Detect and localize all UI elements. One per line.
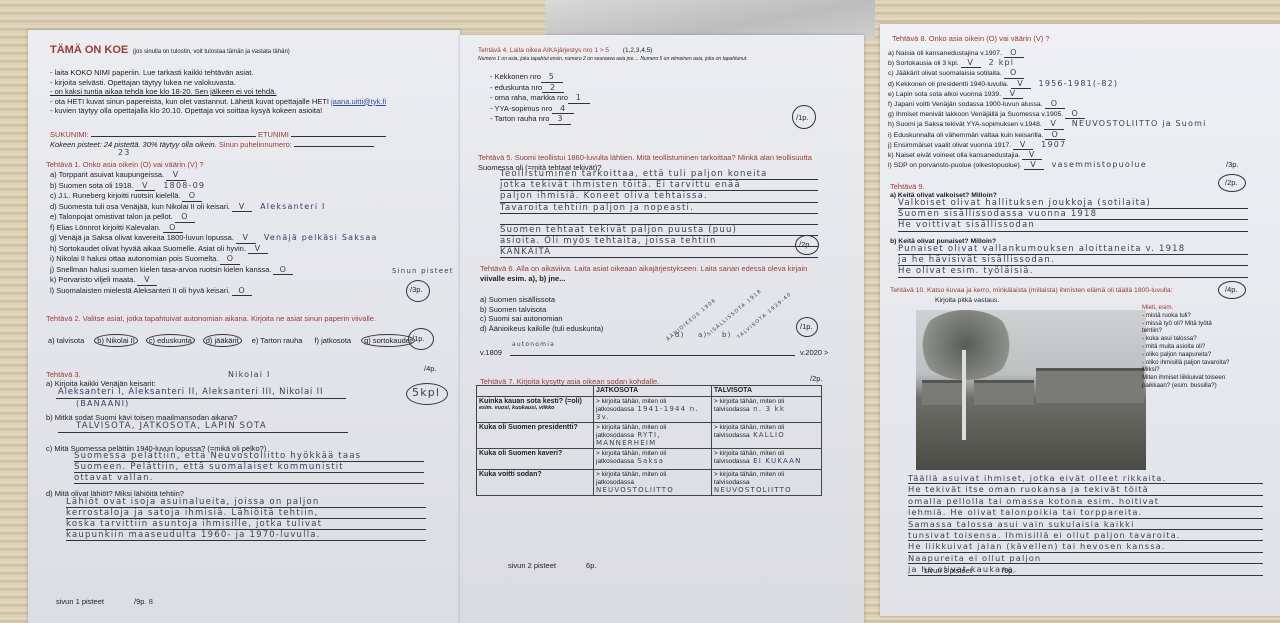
answer-blank[interactable]: O xyxy=(220,254,240,265)
sukunimi-field[interactable] xyxy=(91,136,256,137)
cell-label: talvisodassa EI KUKAAN xyxy=(714,457,819,465)
answer-line: kerrostaloja ja satoja ihmisiä. Lähiöitä… xyxy=(66,508,426,519)
question-text: Kuka oli Suomen presidentti? xyxy=(479,424,591,431)
instructions: - laita KOKO NIMI paperiin. Lue tarkasti… xyxy=(50,68,386,116)
answer-line: ottavat vallan. xyxy=(74,473,424,484)
task1-title: Tehtävä 1. Onko asia oikein (O) vai väär… xyxy=(46,160,204,170)
task9-b-answer: Punaiset olivat vallankumouksen aloittan… xyxy=(898,244,1248,278)
question-text: k) Naiset eivät voineet olla kansanedust… xyxy=(888,152,1020,159)
task8-title: Tehtävä 8. Onko asia oikein (O) vai väär… xyxy=(892,34,1050,44)
hint-line: - missä työ oli? Mitä työtä xyxy=(1142,320,1229,328)
footer-score: /9p. xyxy=(134,597,147,606)
background-rug xyxy=(545,0,875,40)
task4-item: - YYA-sopimus nro4 xyxy=(490,104,590,115)
question-text: d) Suomesta tuli osa Venäjää, kun Nikola… xyxy=(50,202,230,211)
question-text: j) Ensimmäiset vaalit olivat vuonna 1917… xyxy=(888,142,1011,149)
col-talvisota: TALVISOTA xyxy=(711,386,821,397)
answer-blank[interactable]: V xyxy=(1044,119,1064,129)
answer-blank[interactable]: V xyxy=(232,202,252,213)
house-icon xyxy=(1036,368,1144,403)
tf-item: g) Venäjä ja Saksa olivat kavereita 1800… xyxy=(50,233,378,244)
talvisota-cell[interactable]: > kirjoita tähän, miten olitalvisodassa … xyxy=(711,423,821,449)
question-text: i) Nikolai II halusi ottaa autonomian po… xyxy=(50,254,218,263)
answer-blank[interactable]: O xyxy=(163,223,183,234)
timeline-mark-c: autonomia xyxy=(512,341,555,348)
answer-blank[interactable]: V xyxy=(135,181,155,192)
footer-label: sivun 2 pisteet xyxy=(508,561,556,570)
cell-label: talvisodassa NEUVOSTOLIITTO xyxy=(714,478,819,494)
tf-item: d) Kekkonen oli presidentti 1940-luvulla… xyxy=(888,79,1207,89)
task2-option[interactable]: g) sortokaudet xyxy=(361,334,415,347)
question-text: a) Naisia oli kansanedustajina v.1907. xyxy=(888,50,1002,57)
answer-line: Suomen tehtaat tekivät paljon puusta (pu… xyxy=(500,225,818,236)
task2-score: /1p. xyxy=(412,334,425,344)
task7-table: JATKOSOTA TALVISOTA Kuinka kauan sota ke… xyxy=(476,385,822,496)
answer-blank[interactable]: V xyxy=(1003,89,1023,99)
hint-line: - oliko ihmisillä paljon tavaroita? xyxy=(1142,359,1229,367)
jatkosota-cell[interactable]: > kirjoita tähän, miten olijatkosodassa … xyxy=(594,423,712,449)
tf-item: h) Sortokaudet olivat hyvää aikaa Suomel… xyxy=(50,244,378,255)
teacher-note: vasemmistopuolue xyxy=(1052,160,1147,169)
question-text: Kuinka kauan sota kesti? (=oli) xyxy=(479,398,591,405)
question-text: d) Kekkonen oli presidentti 1940-luvulla… xyxy=(888,81,1009,88)
answer-blank[interactable]: O xyxy=(1004,68,1024,78)
phone-label: Sinun puhelinnumero: xyxy=(219,140,292,149)
jatkosota-cell-label: jatkosodassa xyxy=(596,458,634,465)
task3-d-answer: Lähiöt ovat isoja asuinalueita, joissa o… xyxy=(66,497,426,541)
answer-line: jotka tekivät ihmisten töitä. Ei tarvitt… xyxy=(500,180,818,191)
answer-blank[interactable]: V xyxy=(166,170,186,181)
cell-label: jatkosodassa RYTI, MANNERHEIM xyxy=(596,431,709,447)
answer-line: Lähiöt ovat isoja asuinalueita, joissa o… xyxy=(66,497,426,508)
etunimi-field[interactable] xyxy=(291,136,386,137)
instruction-line: - on kaksi tuntia aikaa tehdä koe klo 18… xyxy=(50,87,386,97)
birch-trunk xyxy=(962,350,966,440)
talvisota-cell[interactable]: > kirjoita tähän, miten olitalvisodassa … xyxy=(711,397,821,423)
talvisota-cell-label: talvisodassa xyxy=(714,406,750,413)
phone-field[interactable] xyxy=(294,146,374,147)
task8-list: a) Naisia oli kansanedustajina v.1907.Ob… xyxy=(888,48,1207,170)
row-question: Kuka oli Suomen presidentti? xyxy=(477,423,594,449)
cell-answer: EI KUKAAN xyxy=(750,457,802,465)
cell-label: jatkosodassa 1941-1944 n. 3v. xyxy=(596,405,709,421)
task6-score: /1p. xyxy=(800,322,813,332)
question-text: l) SDP on porvaristo-puolue (oikestopuol… xyxy=(888,162,1022,169)
teacher-note: Venäjä pelkäsi Saksaa xyxy=(264,233,378,242)
task6-item: c) Suomi sai autonomian xyxy=(480,314,603,324)
question-text: Kuka oli Suomen kaveri? xyxy=(479,450,591,457)
answer-line: Täällä asuivat ihmiset, jotka eivät olle… xyxy=(908,473,1263,484)
cell-hint: > kirjoita tähän, miten oli xyxy=(714,450,819,457)
answer-line: ja he hävisivät sisällissodan. xyxy=(898,255,1248,266)
task4-answer[interactable]: 4 xyxy=(552,104,574,115)
teacher-note: 1907 xyxy=(1041,140,1066,149)
question-text: c) J.L. Runeberg kirjoitti ruotsin kiele… xyxy=(50,191,180,200)
hint-line: - mitä muita asioita oli? xyxy=(1142,343,1229,351)
task2-option[interactable]: d) jääkärit xyxy=(203,334,242,347)
exam-page-2: Tehtävä 4. Laita oikea AIKAjärjestys nro… xyxy=(460,35,864,623)
footer-label: sivun 1 pisteet xyxy=(56,597,104,606)
question-text: a) Torpparit asuivat kaupungeissa. xyxy=(50,170,164,179)
task4-item: - eduskunta nro2 xyxy=(490,83,590,94)
tf-item: e) Talonpojat omistivat talon ja pellot.… xyxy=(50,212,378,223)
answer-line: He tekivät itse oman ruokansa ja tekivät… xyxy=(908,484,1263,495)
task10-title: Tehtävä 10. Katso kuvaa ja kerro, minkäl… xyxy=(890,286,1173,296)
answer-line: Naapureita ei ollut paljon xyxy=(908,553,1263,564)
cell-answer: Saksa xyxy=(634,457,664,465)
task3-b-answer: TALVISOTA, JATKOSOTA, LAPIN SOTA xyxy=(76,421,267,431)
answer-blank[interactable]: V xyxy=(1011,79,1031,89)
task4-label: - Tarton rauha nro xyxy=(490,114,549,123)
timeline xyxy=(510,355,795,356)
talvisota-cell[interactable]: > kirjoita tähän, miten olitalvisodassa … xyxy=(711,449,821,470)
jatkosota-cell[interactable]: > kirjoita tähän, miten olijatkosodassa … xyxy=(594,449,712,470)
footer-score: 6p. xyxy=(586,561,596,570)
hint-line: - oliko paljon naapureita? xyxy=(1142,351,1229,359)
tree-icon xyxy=(916,310,1016,380)
task10-hints: Mieti, esim.- mistä ruoka tuli?- missä t… xyxy=(1142,304,1229,390)
answer-blank[interactable]: O xyxy=(1045,99,1065,109)
tf-item: e) Lapin sota sota alkoi vuonna 1939.V xyxy=(888,89,1207,99)
col-jatkosota: JATKOSOTA xyxy=(594,386,712,397)
instruction-line: - kirjoita selvästi. Opettajan täytyy lu… xyxy=(50,78,386,88)
row-question: Kuinka kauan sota kesti? (=oli)esim. vuo… xyxy=(477,397,594,423)
timeline-end: v.2020 > xyxy=(800,348,828,358)
teacher-note: 1808-09 xyxy=(163,181,205,190)
tf-item: l) Suomalaisten mielestä Aleksanteri II … xyxy=(50,286,378,297)
answer-line: Suomen sisällissodassa vuonna 1918 xyxy=(898,209,1248,220)
task7-score: /2p. xyxy=(810,374,823,384)
task3-a-answer: Aleksanteri I, Aleksanteri II, Aleksante… xyxy=(58,387,323,397)
answer-line: Samassa talossa asui vain sukulaisia kai… xyxy=(908,519,1263,530)
tf-item: g) Ihmiset menivät lakkoon Venäjällä ja … xyxy=(888,109,1207,119)
task5-answer: Teollistuminen tarkoittaa, että tuli pal… xyxy=(500,169,818,258)
cell-hint: > kirjoita tähän, miten oli xyxy=(596,398,709,405)
task6-item: a) Suomen sisällissota xyxy=(480,295,603,305)
task4-score: /1p. xyxy=(796,113,809,123)
answer-blank[interactable]: V xyxy=(137,275,157,286)
question-text: c) Jääkärit olivat suomalaisia sotilaita… xyxy=(888,70,1002,77)
cell-hint: > kirjoita tähän, miten oli xyxy=(714,471,819,478)
cell-label: jatkosodassa NEUVOSTOLIITTO xyxy=(596,478,709,494)
house-icon xyxy=(974,380,1034,405)
task5-score: /2p. xyxy=(799,240,812,250)
jatkosota-cell[interactable]: > kirjoita tähän, miten olijatkosodassa … xyxy=(594,397,712,423)
tf-item: j) Snellman halusi suomen kielen tasa-ar… xyxy=(50,265,378,276)
points-row: Kokeen pisteet: 24 pistettä. 30% täytyy … xyxy=(50,140,374,150)
task9-a-answer: Valkoiset olivat hallituksen joukkoja (s… xyxy=(898,198,1248,232)
answer-line: asioita. Oli myös tehtaita, joissa tehti… xyxy=(500,236,818,247)
answer-blank[interactable]: V xyxy=(236,233,256,244)
talvisota-cell[interactable]: > kirjoita tähän, miten olitalvisodassa … xyxy=(711,470,821,496)
task4-answer[interactable]: 3 xyxy=(549,114,571,125)
task2-option[interactable]: c) eduskunta xyxy=(146,334,195,347)
exam-page-3: Tehtävä 8. Onko asia oikein (O) vai väär… xyxy=(880,24,1280,616)
question-text: e) Talonpojat omistivat talon ja pellot. xyxy=(50,212,173,221)
tf-item: a) Torpparit asuivat kaupungeissa.V xyxy=(50,170,378,181)
instruction-line: - ota HETI kuvat sinun papereista, kun o… xyxy=(50,97,386,107)
hint-line: Miten ihmiset liikkuivat toiseen xyxy=(1142,374,1229,382)
tf-item: f) Japani voitti Venäjän sodassa 1900-lu… xyxy=(888,99,1207,109)
question-hint: esim. vuosi, kuukausi, viikko xyxy=(479,405,591,411)
task9-score: /2p. xyxy=(1225,178,1238,188)
cell-answer: NEUVOSTOLIITTO xyxy=(714,486,792,494)
table-row: Kuka voitti sodan?> kirjoita tähän, mite… xyxy=(477,470,822,496)
task6-item: d) Äänioikeus kaikille (tuli eduskunta) xyxy=(480,324,603,334)
answer-line: He liikkuivat jalan (kävellen) tai hevos… xyxy=(908,541,1263,552)
tf-item: b) Suomen sota oli 1918.V1808-09 xyxy=(50,181,378,192)
answer-line xyxy=(58,432,348,433)
task4-title: Tehtävä 4. Laita oikea AIKAjärjestys nro… xyxy=(478,47,652,54)
cell-answer: NEUVOSTOLIITTO xyxy=(596,486,674,494)
answer-blank[interactable]: V xyxy=(1013,140,1033,150)
task1-list: a) Torpparit asuivat kaupungeissa.Vb) Su… xyxy=(50,170,378,296)
task6-list: a) Suomen sisällissotab) Suomen talvisot… xyxy=(480,295,603,333)
cell-hint: > kirjoita tähän, miten oli xyxy=(596,471,709,478)
instruction-line: - kuvien täytyy olla opettajalla klo 20.… xyxy=(50,106,386,116)
row-question: Kuka oli Suomen kaveri? xyxy=(477,449,594,470)
exam-subtitle: (jos sinulla on tulostin, voit tulostaa … xyxy=(133,49,290,55)
tf-item: c) Jääkärit olivat suomalaisia sotilaita… xyxy=(888,68,1207,78)
points-text: Kokeen pisteet: 24 pistettä. 30% täytyy … xyxy=(50,140,217,149)
task3-a-insert: Nikolai I xyxy=(228,370,271,379)
table-row: Kuinka kauan sota kesti? (=oli)esim. vuo… xyxy=(477,397,822,423)
question-text: f) Japani voitti Venäjän sodassa 1900-lu… xyxy=(888,101,1043,108)
task6-title: Tehtävä 6. Alla on aikaviiva. Laita asia… xyxy=(480,264,807,283)
answer-blank[interactable]: O xyxy=(1004,48,1024,58)
answer-blank[interactable]: V xyxy=(1024,160,1044,170)
task2-option[interactable]: e) Tarton rauha xyxy=(250,335,305,346)
teacher-note: 2 kpl xyxy=(989,58,1015,67)
answer-line: Tavaroita tehtiin paljon ja nopeasti. xyxy=(500,203,818,214)
jatkosota-cell-label: jatkosodassa xyxy=(596,406,634,413)
email-link[interactable]: jaana.uitti@tyk.fi xyxy=(331,97,386,106)
table-row: Kuka oli Suomen presidentti?> kirjoita t… xyxy=(477,423,822,449)
timeline-note-b: TALVISOTA 1939-40 xyxy=(736,291,793,340)
task3-a-count: 5kpl xyxy=(412,386,440,399)
answer-blank[interactable]: V xyxy=(248,244,268,255)
hint-line: paikkaan? (esim. bussilla?) xyxy=(1142,382,1229,390)
points-corrected: 23 xyxy=(118,148,131,157)
question-text: g) Ihmiset menivät lakkoon Venäjällä ja … xyxy=(888,111,1063,118)
hint-line: Miksi? xyxy=(1142,366,1229,374)
footer-score: /9p. xyxy=(1002,566,1015,575)
timeline-start: v.1809 xyxy=(480,348,502,358)
cell-hint: > kirjoita tähän, miten oli xyxy=(714,398,819,405)
question-text: g) Venäjä ja Saksa olivat kavereita 1800… xyxy=(50,233,234,242)
task2-option[interactable]: f) jatkosota xyxy=(312,335,353,346)
tf-item: k) Naiset eivät voineet olla kansanedust… xyxy=(888,150,1207,160)
task3-a-note: (BANAANI) xyxy=(76,399,130,408)
task4-answer[interactable]: 2 xyxy=(542,83,564,94)
hint-line: tehtiin? xyxy=(1142,327,1229,335)
cell-answer: KALLIO xyxy=(750,431,785,439)
answer-line: paljon ihmisiä. Koneet oliva tehtaissa. xyxy=(500,191,818,202)
cell-label: talvisodassa n. 3 kk xyxy=(714,405,819,413)
task2-title: Tehtävä 2. Valitse asiat, jotka tapahtui… xyxy=(46,314,376,324)
answer-line: Suomeen. Pelättiin, että suomalaiset kom… xyxy=(74,462,424,473)
answer-blank[interactable]: O xyxy=(175,212,195,223)
score-note: Sinun pisteet xyxy=(392,267,454,275)
house-icon xyxy=(922,380,962,405)
answer-line: He olivat esim. työläisiä. xyxy=(898,266,1248,277)
tf-item: d) Suomesta tuli osa Venäjää, kun Nikola… xyxy=(50,202,378,213)
footer-label: sivun 3 pisteet xyxy=(924,566,972,575)
row-question: Kuka voitti sodan? xyxy=(477,470,594,496)
hint-line: - kuka asui talossa? xyxy=(1142,335,1229,343)
question-text: l) Suomalaisten mielestä Aleksanteri II … xyxy=(50,286,230,295)
hint-line: - mistä ruoka tuli? xyxy=(1142,312,1229,320)
name-row: SUKUNIMI: ETUNIMI xyxy=(50,130,386,140)
teacher-note: 1956-1981(-82) xyxy=(1039,79,1119,88)
cell-hint: > kirjoita tähän, miten oli xyxy=(714,424,819,431)
task6-item: b) Suomen talvisota xyxy=(480,305,603,315)
talvisota-cell-label: talvisodassa xyxy=(714,458,750,465)
talvisota-cell-label: talvisodassa xyxy=(714,479,750,486)
tf-item: i) Eduskunnalla oli vähemmän valtaa kuin… xyxy=(888,130,1207,140)
task1-score: /3p. xyxy=(410,285,423,295)
page2-footer: sivun 2 pisteet 6p. xyxy=(508,561,596,571)
sukunimi-label: SUKUNIMI: xyxy=(50,130,89,139)
task4-label: - eduskunta nro xyxy=(490,83,542,92)
question-text: h) Suomi ja Saksa tekivät YYA-sopimuksen… xyxy=(888,121,1042,128)
cell-hint: > kirjoita tähän, miten oli xyxy=(596,424,709,431)
task4-item: - Kekkonen nro5 xyxy=(490,72,590,83)
question-text: b) Sortokausia oli 3 kpl. xyxy=(888,60,959,67)
timeline-note-a: SISÄLLISSOTA 1918 xyxy=(706,288,763,337)
answer-blank[interactable]: V xyxy=(961,58,981,68)
answer-blank[interactable]: V xyxy=(1022,150,1042,160)
question-text: f) Elias Lönnrot kirjoitti Kalevalan. xyxy=(50,223,161,232)
instruction-line: - laita KOKO NIMI paperiin. Lue tarkasti… xyxy=(50,68,386,78)
question-text: Kuka voitti sodan? xyxy=(479,471,591,478)
etunimi-label: ETUNIMI xyxy=(258,130,289,139)
talvisota-cell-label: talvisodassa xyxy=(714,432,750,439)
answer-blank[interactable]: O xyxy=(182,191,202,202)
answer-line: Suomessa pelättiin, että Neuvostoliitto … xyxy=(74,451,424,462)
teacher-note: NEUVOSTOLIITTO ja Suomi xyxy=(1072,119,1207,128)
tf-item: c) J.L. Runeberg kirjoitti ruotsin kiele… xyxy=(50,191,378,202)
page1-footer: sivun 1 pisteet /9p. 8 xyxy=(56,597,154,608)
footer-given: 8 xyxy=(149,598,155,606)
jatkosota-cell-label: jatkosodassa xyxy=(596,479,634,486)
task4-item: - Tarton rauha nro3 xyxy=(490,114,590,125)
task10-answer: Täällä asuivat ihmiset, jotka eivät olle… xyxy=(908,473,1263,576)
question-text: i) Eduskunnalla oli vähemmän valtaa kuin… xyxy=(888,132,1043,139)
tf-item: l) SDP on porvaristo-puolue (oikestopuol… xyxy=(888,160,1207,170)
answer-line: kaupunkiin maaseudulta 1960- ja 1970-luv… xyxy=(66,530,426,541)
tf-item: a) Naisia oli kansanedustajina v.1907.O xyxy=(888,48,1207,58)
cell-label: jatkosodassa Saksa xyxy=(596,457,709,465)
answer-line: Punaiset olivat vallankumouksen aloittan… xyxy=(898,244,1248,255)
jatkosota-cell[interactable]: > kirjoita tähän, miten olijatkosodassa … xyxy=(594,470,712,496)
task2-option[interactable]: a) talvisota xyxy=(46,335,86,346)
jatkosota-cell-label: jatkosodassa xyxy=(596,432,634,439)
question-text: j) Snellman halusi suomen kielen tasa-ar… xyxy=(50,265,271,274)
teacher-note: Aleksanteri I xyxy=(260,202,325,211)
tf-item: j) Ensimmäiset vaalit olivat vuonna 1917… xyxy=(888,140,1207,150)
task2-options: a) talvisotab) Nikolai IIc) eduskuntad) … xyxy=(46,336,423,346)
cell-label: talvisodassa KALLIO xyxy=(714,431,819,439)
tf-item: f) Elias Lönnrot kirjoitti Kalevalan.O xyxy=(50,223,378,234)
tf-item: b) Sortokausia oli 3 kpl.V2 kpl xyxy=(888,58,1207,68)
answer-blank[interactable]: O xyxy=(273,265,293,276)
question-text: h) Sortokaudet olivat hyvää aikaa Suomel… xyxy=(50,244,246,253)
exam-header: TÄMÄ ON KOE (jos sinulla on tulostin, vo… xyxy=(50,40,290,58)
task3-c-answer: Suomessa pelättiin, että Neuvostoliitto … xyxy=(74,451,424,484)
hint-line: Mieti, esim. xyxy=(1142,304,1229,312)
answer-line: tunsivat toisensa. Ihmisillä ei ollut pa… xyxy=(908,530,1263,541)
task3-score: /4p. xyxy=(424,364,437,374)
answer-line: koska tarvittiin asuntoja ihmisille, jot… xyxy=(66,519,426,530)
task4-item: - oma raha, markka nro1 xyxy=(490,93,590,104)
task4-answer[interactable]: 1 xyxy=(568,93,590,104)
answer-blank[interactable]: O xyxy=(1045,130,1065,140)
question-text: b) Suomen sota oli 1918. xyxy=(50,181,133,190)
table-row: Kuka oli Suomen kaveri?> kirjoita tähän,… xyxy=(477,449,822,470)
task4-answer[interactable]: 5 xyxy=(541,72,563,83)
page3-footer: sivun 3 pisteet /9p. xyxy=(924,566,1015,576)
answer-line: lehmiä. He olivat talonpoikia tai torppa… xyxy=(908,507,1263,518)
answer-line: Teollistuminen tarkoittaa, että tuli pal… xyxy=(500,169,818,180)
answer-line: He voittivat sisällissodan xyxy=(898,220,1248,231)
tf-item: k) Porvaristo viljeli maata.V xyxy=(50,275,378,286)
task2-option[interactable]: b) Nikolai II xyxy=(94,334,138,347)
task4-instructions: Numero 1 on asia, joka tapahtui ensin, n… xyxy=(478,56,748,62)
task4-label: - Kekkonen nro xyxy=(490,72,541,81)
timeline-mark-b: b) xyxy=(722,331,732,339)
task8-score: /3p. xyxy=(1226,160,1239,170)
task4-list: - Kekkonen nro5- eduskunta nro2- oma rah… xyxy=(490,72,590,125)
cell-hint: > kirjoita tähän, miten oli xyxy=(596,450,709,457)
answer-line: KANKAITA xyxy=(500,247,818,258)
answer-line: omalla pellolla tai omassa kotona esim. … xyxy=(908,496,1263,507)
question-text: e) Lapin sota sota alkoi vuonna 1939. xyxy=(888,91,1001,98)
task10-score: /4p. xyxy=(1225,285,1238,295)
tf-item: h) Suomi ja Saksa tekivät YYA-sopimuksen… xyxy=(888,119,1207,129)
farmhouse-photo xyxy=(916,310,1146,470)
tf-item: i) Nikolai II halusi ottaa autonomian po… xyxy=(50,254,378,265)
task4-label: - YYA-sopimus nro xyxy=(490,104,552,113)
exam-page-1: TÄMÄ ON KOE (jos sinulla on tulostin, vo… xyxy=(28,30,460,623)
answer-blank[interactable]: O xyxy=(232,286,252,297)
answer-line: Valkoiset olivat hallituksen joukkoja (s… xyxy=(898,198,1248,209)
task4-label: - oma raha, markka nro xyxy=(490,93,568,102)
exam-title: TÄMÄ ON KOE xyxy=(50,44,128,56)
answer-blank[interactable]: O xyxy=(1065,109,1085,119)
cell-answer: n. 3 kk xyxy=(750,405,786,413)
answer-line xyxy=(500,214,818,225)
question-text: k) Porvaristo viljeli maata. xyxy=(50,275,135,284)
task10-subtitle: Kirjoita pitkä vastaus. xyxy=(935,296,999,306)
